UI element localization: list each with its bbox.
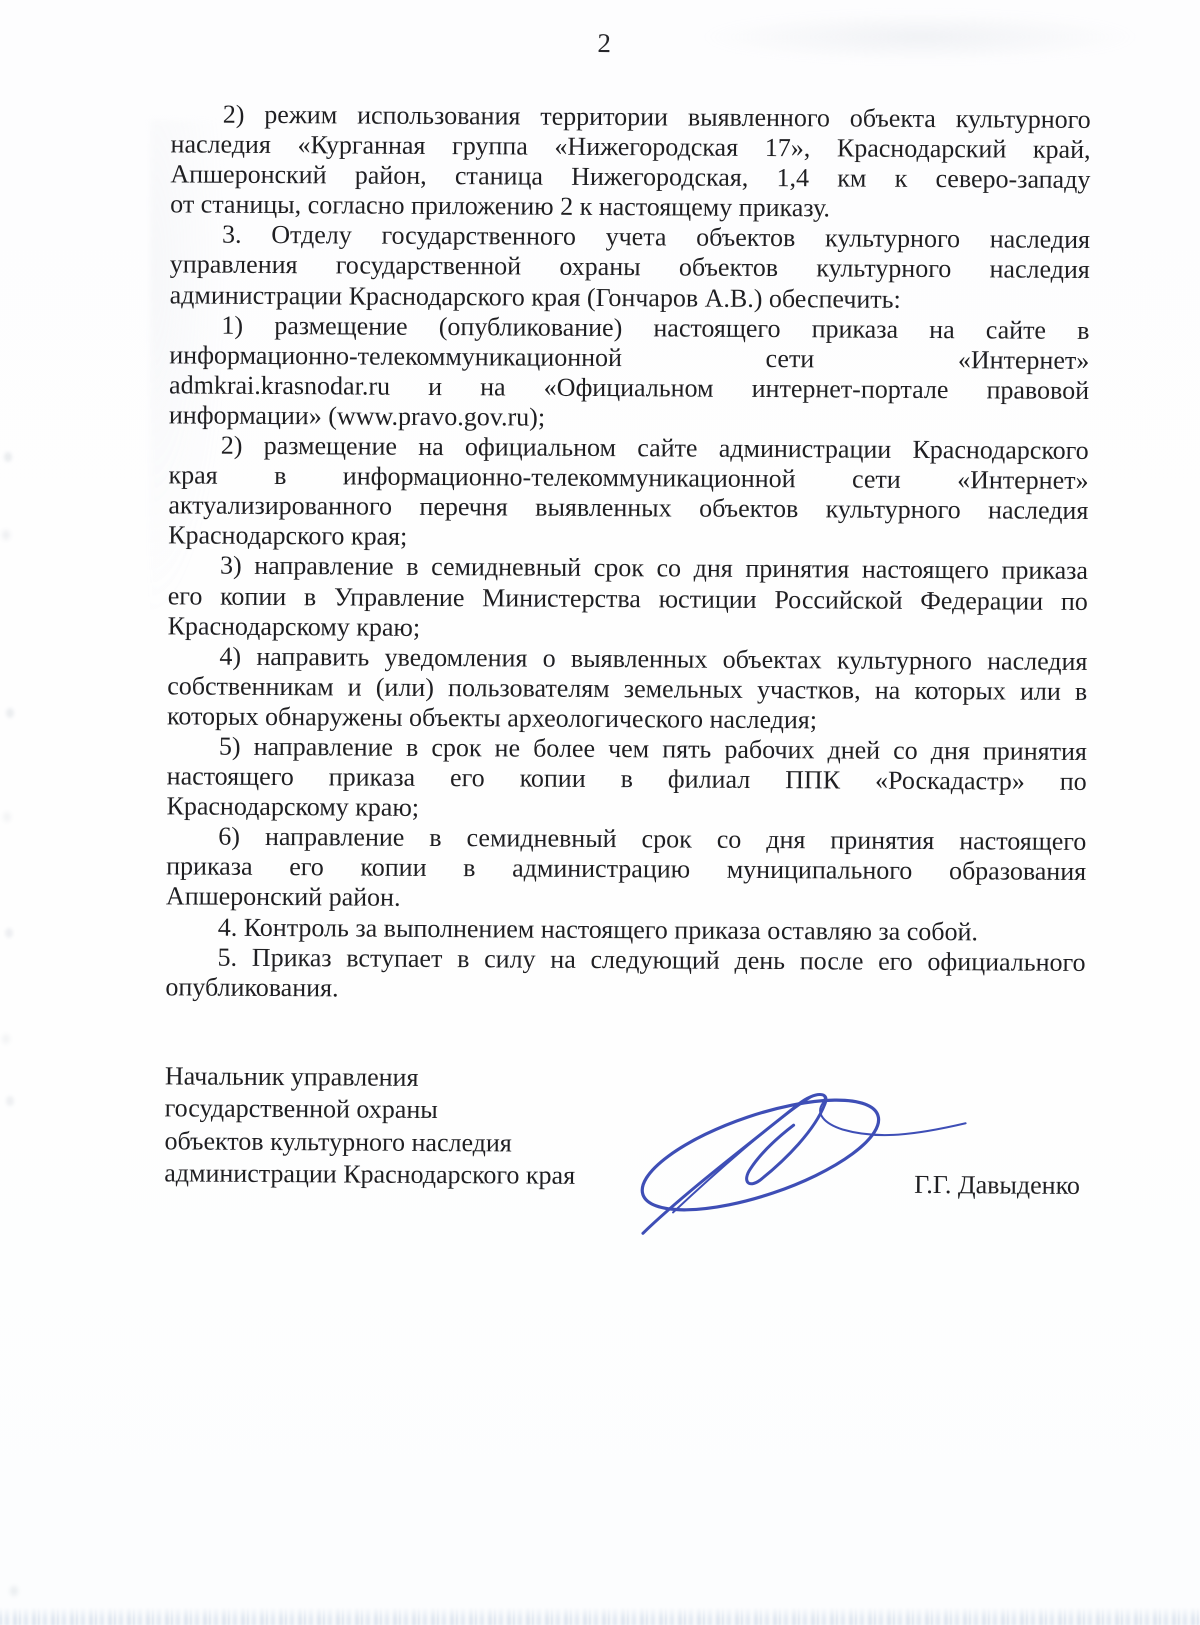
text-line: управления государственной охраны объект… [170,250,1090,286]
paragraph: 3) направление в семидневный срок со дня… [168,551,1089,647]
paragraph: 2) размещение на официальном сайте админ… [168,430,1089,556]
scan-artifact-bottom-band [0,1607,1200,1625]
paragraph: 4) направить уведомления о выявленных об… [167,641,1088,737]
text-line: опубликования. [165,972,1085,1008]
document-sheet: 2 2) режим использования территории выяв… [0,0,1200,1625]
page-number: 2 [4,24,1200,62]
signatory-name: Г.Г. Давыденко [914,1169,1124,1202]
handwritten-signature [597,1040,1018,1263]
paragraph: 2) режим использования территории выявле… [170,99,1091,225]
text-line: 3) направление в семидневный срок со дня… [168,551,1088,587]
signature-stroke [643,1093,826,1234]
document-body: 2) режим использования территории выявле… [165,99,1090,1007]
scanned-document-page: 2 2) режим использования территории выяв… [0,0,1200,1625]
paragraph: 5) направление в срок не более чем пять … [166,731,1087,827]
text-line: Апшеронский район. [166,882,1086,918]
paragraph: 3. Отделу государственного учета объекто… [170,220,1091,316]
paragraph: 6) направление в семидневный срок со дня… [166,822,1087,918]
paragraph: 5. Приказ вступает в силу на следующий д… [165,942,1085,1008]
paragraph: 1) размещение (опубликование) настоящего… [169,310,1090,436]
